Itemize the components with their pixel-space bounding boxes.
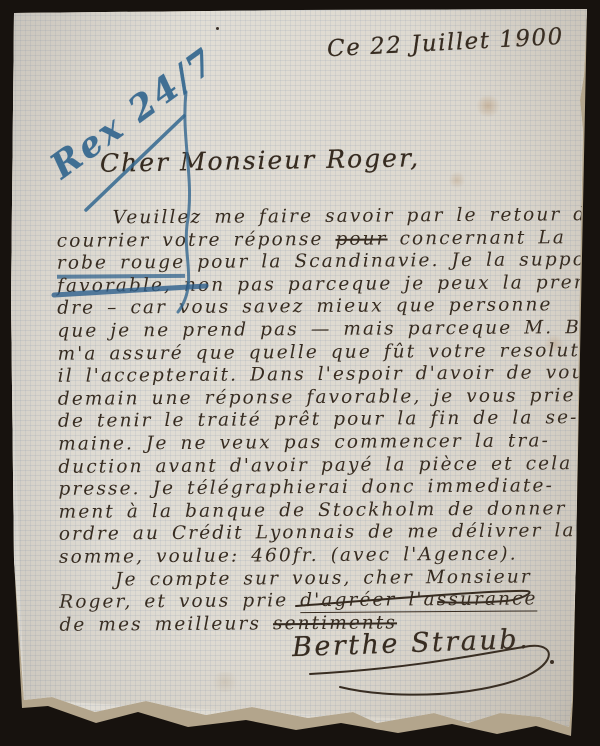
letter-segment: maine. Je ne veux pas commencer la tra- xyxy=(58,430,550,454)
letter-segment: ordre au Crédit Lyonnais de me délivrer … xyxy=(59,520,576,545)
letter-segment: de tenir le traité prêt pour la fin de l… xyxy=(58,408,579,433)
letter-segment: il l'accepterait. Dans l'espoir d'avoir … xyxy=(58,362,598,387)
date-line: Ce 22 Juillet 1900 xyxy=(326,24,564,62)
letter-segment: pour la Scandinavie. Je la suppose xyxy=(185,249,600,273)
letter-segment: duction avant d'avoir payé la pièce et c… xyxy=(58,453,572,478)
letter-segment: ment à la banque de Stockholm de donner xyxy=(59,498,567,523)
signature-period-dot xyxy=(550,660,554,664)
letter-line: Roger, et vous prie d'agréer l'assurance xyxy=(59,588,573,614)
letter-segment: m'a assuré que quelle que fût votre reso… xyxy=(57,339,600,364)
letter-segment: de mes meilleurs xyxy=(59,613,273,635)
letter-segment: Veuillez me faire savoir par le retour d… xyxy=(113,204,600,228)
foxing-stain xyxy=(210,672,240,692)
letter-segment: somme, voulue: 460fr. (avec l'Agence). xyxy=(59,543,518,567)
foxing-stain xyxy=(448,172,466,188)
letter-segment-strike: pour xyxy=(335,228,387,249)
letter-segment: concernant La xyxy=(388,227,566,249)
letter-body: Veuillez me faire savoir par le retour d… xyxy=(57,204,574,637)
photograph-backdrop: Ce 22 Juillet 1900 Rex 24/7 Cher Monsieu… xyxy=(0,0,600,746)
letter-segment-inkline: d'agréer l'assurance xyxy=(300,589,537,614)
salutation: Cher Monsieur Roger, xyxy=(100,143,421,178)
letter-segment: courrier votre réponse xyxy=(57,228,336,251)
letter-paper: Ce 22 Juillet 1900 Rex 24/7 Cher Monsieu… xyxy=(0,0,600,746)
ink-speck xyxy=(216,27,219,30)
letter-segment: Roger, et vous prie xyxy=(59,590,300,613)
photo-of-letter: { "photo": { "background_color": "#17120… xyxy=(0,0,600,746)
letter-segment: que je ne prend pas — mais parceque M. B… xyxy=(57,317,600,342)
letter-segment: favorable, non pas parceque je peux la p… xyxy=(57,272,596,297)
letter-segment: dre – car vous savez mieux que personne xyxy=(57,295,552,319)
letter-segment: demain une réponse favorable, je vous pr… xyxy=(58,385,576,410)
letter-segment: Je compte sur vous, cher Monsieur xyxy=(115,566,532,590)
letter-segment: presse. Je télégraphierai donc immediate… xyxy=(58,475,554,499)
foxing-stain xyxy=(475,95,501,117)
